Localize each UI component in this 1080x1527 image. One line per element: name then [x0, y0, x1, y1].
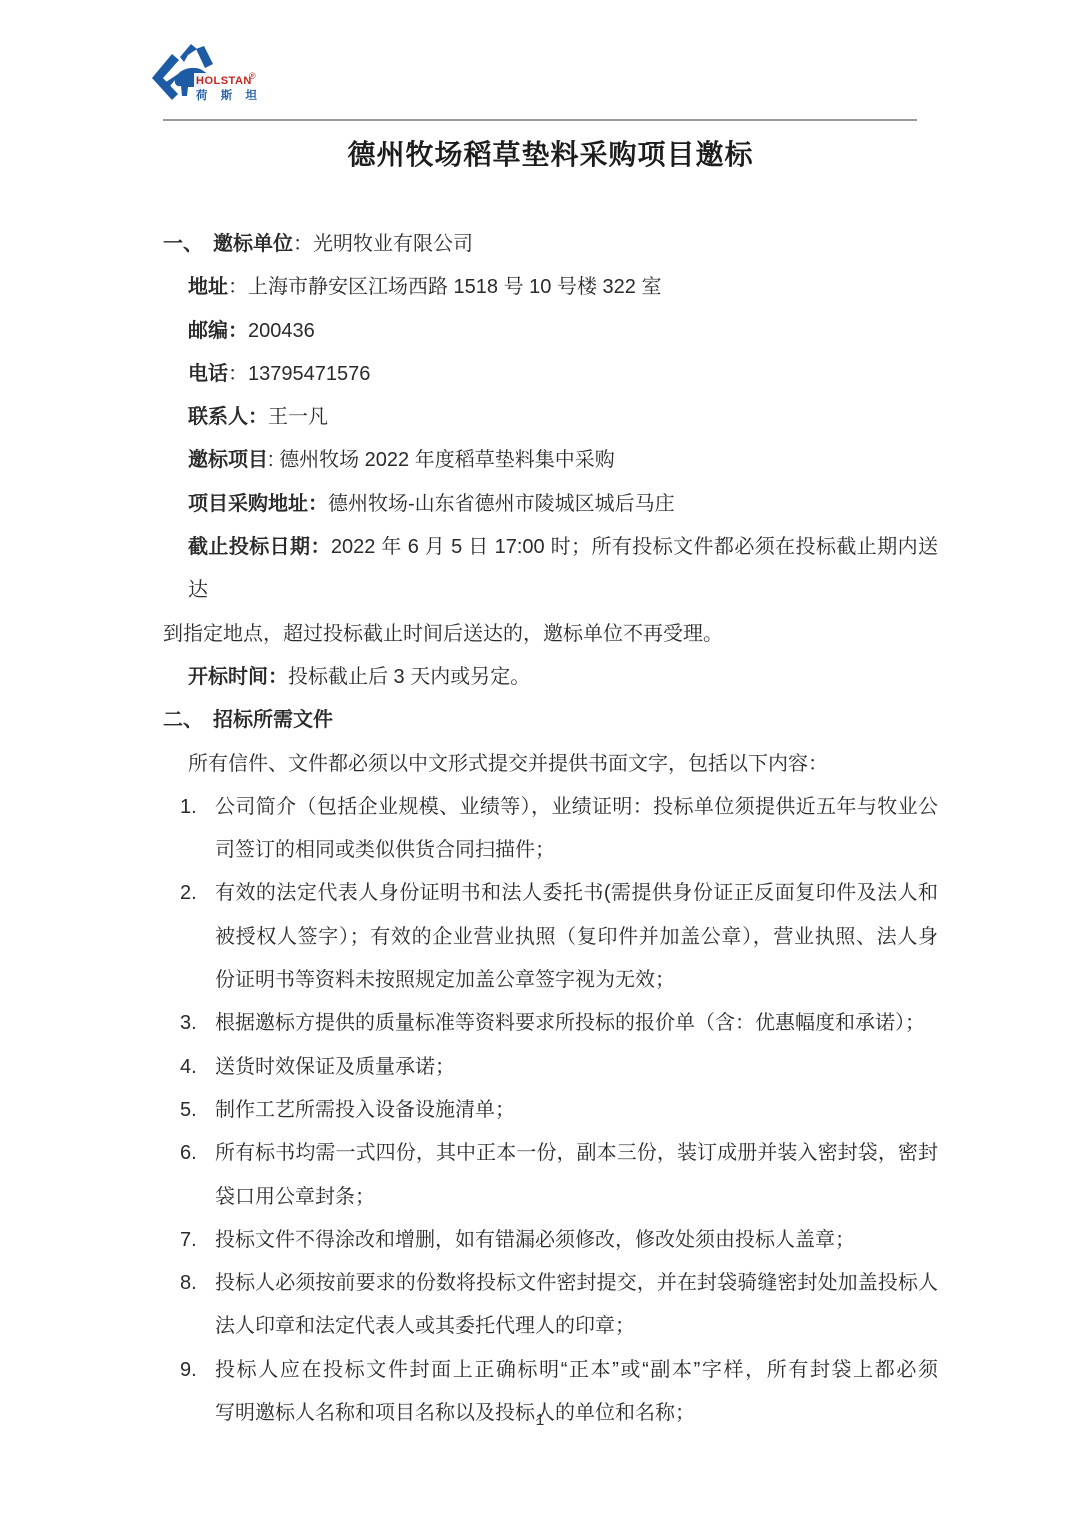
field-label: 电话	[188, 363, 228, 385]
field-row-opening-time: 开标时间：投标截止后 3 天内或另定。	[163, 656, 938, 699]
list-item-1-cont: 司签订的相同或类似供货合同扫描件；	[163, 829, 938, 872]
field-label: 项目采购地址：	[188, 493, 328, 515]
list-item-number: 9.	[180, 1349, 197, 1392]
list-item-text: 根据邀标方提供的质量标准等资料要求所投标的报价单（含：优惠幅度和承诺）；	[215, 1012, 925, 1034]
list-item-number: 1.	[180, 786, 197, 829]
brand-name-cn: 荷 斯 坦	[196, 88, 262, 102]
list-item-9: 9.投标人应在投标文件封面上正确标明“正本”或“副本”字样，所有封袋上都必须	[163, 1349, 938, 1392]
deadline-line-1: 截止投标日期：2022 年 6 月 5 日 17:00 时；所有投标文件都必须在…	[163, 526, 938, 613]
field-value: 德州牧场-山东省德州市陵城区城后马庄	[328, 493, 675, 515]
document-body: 德州牧场稻草垫料采购项目邀标 一、邀标单位：光明牧业有限公司 地址：上海市静安区…	[163, 131, 938, 1435]
section-1-heading: 一、邀标单位：光明牧业有限公司	[163, 223, 938, 266]
list-item-text: 投标人必须按前要求的份数将投标文件密封提交，并在封袋骑缝密封处加盖投标人	[215, 1272, 938, 1294]
section-2-number: 二、	[163, 709, 203, 731]
field-row-zipcode: 邮编：200436	[163, 310, 938, 353]
brand-name-en: HOLSTAN	[196, 75, 252, 87]
list-item-4: 4.送货时效保证及质量承诺；	[163, 1046, 938, 1089]
list-item-number: 4.	[180, 1046, 197, 1089]
list-item-number: 7.	[180, 1219, 197, 1262]
list-item-3: 3.根据邀标方提供的质量标准等资料要求所投标的报价单（含：优惠幅度和承诺）；	[163, 1002, 938, 1045]
section-1-colon: ：	[293, 233, 313, 255]
field-label: 地址	[188, 276, 228, 298]
field-value: 王一凡	[268, 406, 328, 428]
list-item-text: 所有标书均需一式四份，其中正本一份，副本三份，装订成册并装入密封袋，密封	[215, 1142, 938, 1164]
document-title: 德州牧场稻草垫料采购项目邀标	[163, 131, 938, 179]
deadline-line-2: 到指定地点，超过投标截止时间后送达的，邀标单位不再受理。	[163, 613, 938, 656]
document-page: HOLSTAN ® 荷 斯 坦 德州牧场稻草垫料采购项目邀标 一、邀标单位：光明…	[0, 0, 1080, 1527]
field-value: 200436	[248, 320, 315, 342]
field-value: 投标截止后 3 天内或另定。	[288, 666, 530, 688]
company-logo: HOLSTAN ® 荷 斯 坦	[150, 40, 265, 120]
field-row-phone: 电话：13795471576	[163, 353, 938, 396]
field-value: ：上海市静安区江场西路 1518 号 10 号楼 322 室	[228, 276, 661, 298]
registered-trademark-icon: ®	[249, 71, 256, 81]
section-1-number: 一、	[163, 233, 203, 255]
list-item-number: 6.	[180, 1132, 197, 1175]
field-label: 邀标项目	[188, 449, 268, 471]
holstan-cow-logo-icon: HOLSTAN ® 荷 斯 坦	[150, 40, 265, 120]
header-divider	[163, 119, 917, 121]
list-intro: 所有信件、文件都必须以中文形式提交并提供书面文字，包括以下内容：	[163, 743, 938, 786]
list-item-text: 投标文件不得涂改和增删，如有错漏必须修改，修改处须由投标人盖章；	[215, 1229, 855, 1251]
list-item-text: 送货时效保证及质量承诺；	[215, 1056, 455, 1078]
field-value: ：13795471576	[228, 363, 370, 385]
page-number: 1	[0, 1412, 1080, 1430]
list-item-number: 8.	[180, 1262, 197, 1305]
field-label: 邮编：	[188, 320, 248, 342]
list-item-number: 5.	[180, 1089, 197, 1132]
field-label: 联系人：	[188, 406, 268, 428]
field-row-project: 邀标项目: 德州牧场 2022 年度稻草垫料集中采购	[163, 439, 938, 482]
list-item-1: 1.公司简介（包括企业规模、业绩等），业绩证明：投标单位须提供近五年与牧业公	[163, 786, 938, 829]
list-item-number: 3.	[180, 1002, 197, 1045]
list-item-2-cont: 被授权人签字）；有效的企业营业执照（复印件并加盖公章），营业执照、法人身	[163, 916, 938, 959]
field-row-address: 地址：上海市静安区江场西路 1518 号 10 号楼 322 室	[163, 266, 938, 309]
list-item-text: 公司简介（包括企业规模、业绩等），业绩证明：投标单位须提供近五年与牧业公	[215, 796, 938, 818]
list-item-8-cont: 法人印章和法定代表人或其委托代理人的印章；	[163, 1305, 938, 1348]
list-item-2: 2.有效的法定代表人身份证明书和法人委托书(需提供身份证正反面复印件及法人和	[163, 872, 938, 915]
section-2-label: 招标所需文件	[213, 709, 333, 731]
list-item-text: 投标人应在投标文件封面上正确标明“正本”或“副本”字样，所有封袋上都必须	[215, 1359, 938, 1381]
section-2-heading: 二、招标所需文件	[163, 699, 938, 742]
list-item-2-cont: 份证明书等资料未按照规定加盖公章签字视为无效；	[163, 959, 938, 1002]
list-item-5: 5.制作工艺所需投入设备设施清单；	[163, 1089, 938, 1132]
list-item-number: 2.	[180, 872, 197, 915]
field-label: 截止投标日期：	[188, 536, 331, 558]
list-item-6: 6.所有标书均需一式四份，其中正本一份，副本三份，装订成册并装入密封袋，密封	[163, 1132, 938, 1175]
list-item-text: 有效的法定代表人身份证明书和法人委托书(需提供身份证正反面复印件及法人和	[215, 882, 938, 904]
field-row-contact: 联系人：王一凡	[163, 396, 938, 439]
section-1-label: 邀标单位	[213, 233, 293, 255]
field-label: 开标时间：	[188, 666, 288, 688]
list-item-8: 8.投标人必须按前要求的份数将投标文件密封提交，并在封袋骑缝密封处加盖投标人	[163, 1262, 938, 1305]
field-value: : 德州牧场 2022 年度稻草垫料集中采购	[268, 449, 615, 471]
field-row-purchase-address: 项目采购地址：德州牧场-山东省德州市陵城区城后马庄	[163, 483, 938, 526]
section-1-value: 光明牧业有限公司	[313, 233, 473, 255]
list-item-6-cont: 袋口用公章封条；	[163, 1176, 938, 1219]
list-item-7: 7.投标文件不得涂改和增删，如有错漏必须修改，修改处须由投标人盖章；	[163, 1219, 938, 1262]
list-item-text: 制作工艺所需投入设备设施清单；	[215, 1099, 515, 1121]
